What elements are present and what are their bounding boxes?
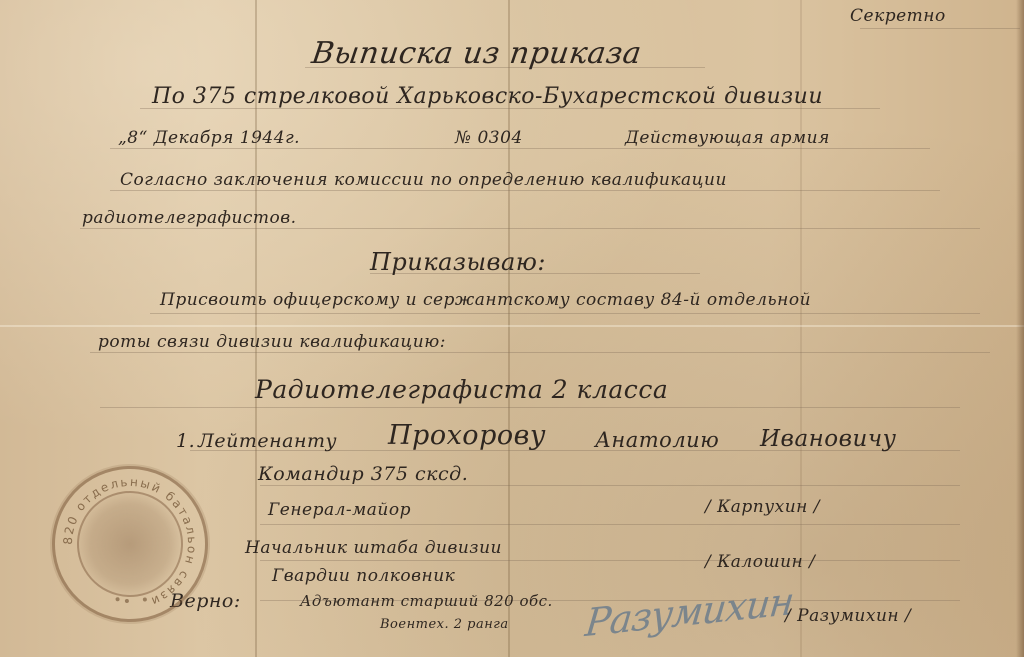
official-stamp: 820 отдельный батальон связи xyxy=(42,456,218,632)
order-body-line: роты связи дивизии квалификацию: xyxy=(98,332,446,352)
recipient-name: Анатолию xyxy=(595,428,719,452)
stamp-ring-text: 820 отдельный батальон связи xyxy=(45,459,214,628)
order-location: Действующая армия xyxy=(625,128,830,148)
signer-name: / Карпухин / xyxy=(705,497,820,517)
certifier-rank: Воентех. 2 ранга xyxy=(380,617,509,632)
ruled-line xyxy=(80,228,980,229)
certifier-title: Адъютант старший 820 обс. xyxy=(300,592,553,610)
recipient-number: 1. xyxy=(176,430,195,452)
preamble-line: Согласно заключения комиссии по определе… xyxy=(120,170,727,190)
signer-name: / Калошин / xyxy=(705,552,815,572)
ruled-line xyxy=(260,524,960,525)
certifier-name: / Разумихин / xyxy=(785,606,911,626)
ruled-line xyxy=(100,407,960,408)
signer-rank: Гвардии полковник xyxy=(272,566,455,586)
ruled-line xyxy=(260,560,960,561)
order-heading: Приказываю: xyxy=(370,248,546,276)
document-paper: Секретно Выписка из приказа По 375 стрел… xyxy=(0,0,1024,657)
fold-line xyxy=(0,325,1024,327)
ruled-line xyxy=(260,485,960,486)
unit-line: По 375 стрелковой Харьковско-Бухарестско… xyxy=(152,84,823,109)
signer-title: Командир 375 сксд. xyxy=(258,463,468,485)
order-number: № 0304 xyxy=(455,128,523,148)
document-title: Выписка из приказа xyxy=(310,36,644,71)
order-body-line: Присвоить офицерскому и сержантскому сос… xyxy=(160,290,811,310)
qualification-heading: Радиотелеграфиста 2 класса xyxy=(255,375,668,404)
signer-rank: Генерал-майор xyxy=(268,500,411,520)
classification-mark: Секретно xyxy=(850,6,946,26)
svg-text:820 отдельный батальон связи: 820 отдельный батальон связи xyxy=(53,466,208,621)
preamble-line: радиотелеграфистов. xyxy=(82,208,297,228)
ruled-line xyxy=(860,28,1020,29)
handwritten-signature: Разумихин xyxy=(583,579,795,646)
signer-title: Начальник штаба дивизии xyxy=(245,538,502,558)
order-date: „8“ Декабря 1944г. xyxy=(118,128,300,148)
ruled-line xyxy=(150,313,980,314)
ruled-line xyxy=(110,148,930,149)
recipient-rank: Лейтенанту xyxy=(198,430,337,452)
ruled-line xyxy=(110,190,940,191)
paper-edge xyxy=(1016,0,1024,657)
recipient-surname: Прохорову xyxy=(388,420,546,451)
recipient-patronymic: Ивановичу xyxy=(760,426,897,452)
ruled-line xyxy=(90,352,990,353)
